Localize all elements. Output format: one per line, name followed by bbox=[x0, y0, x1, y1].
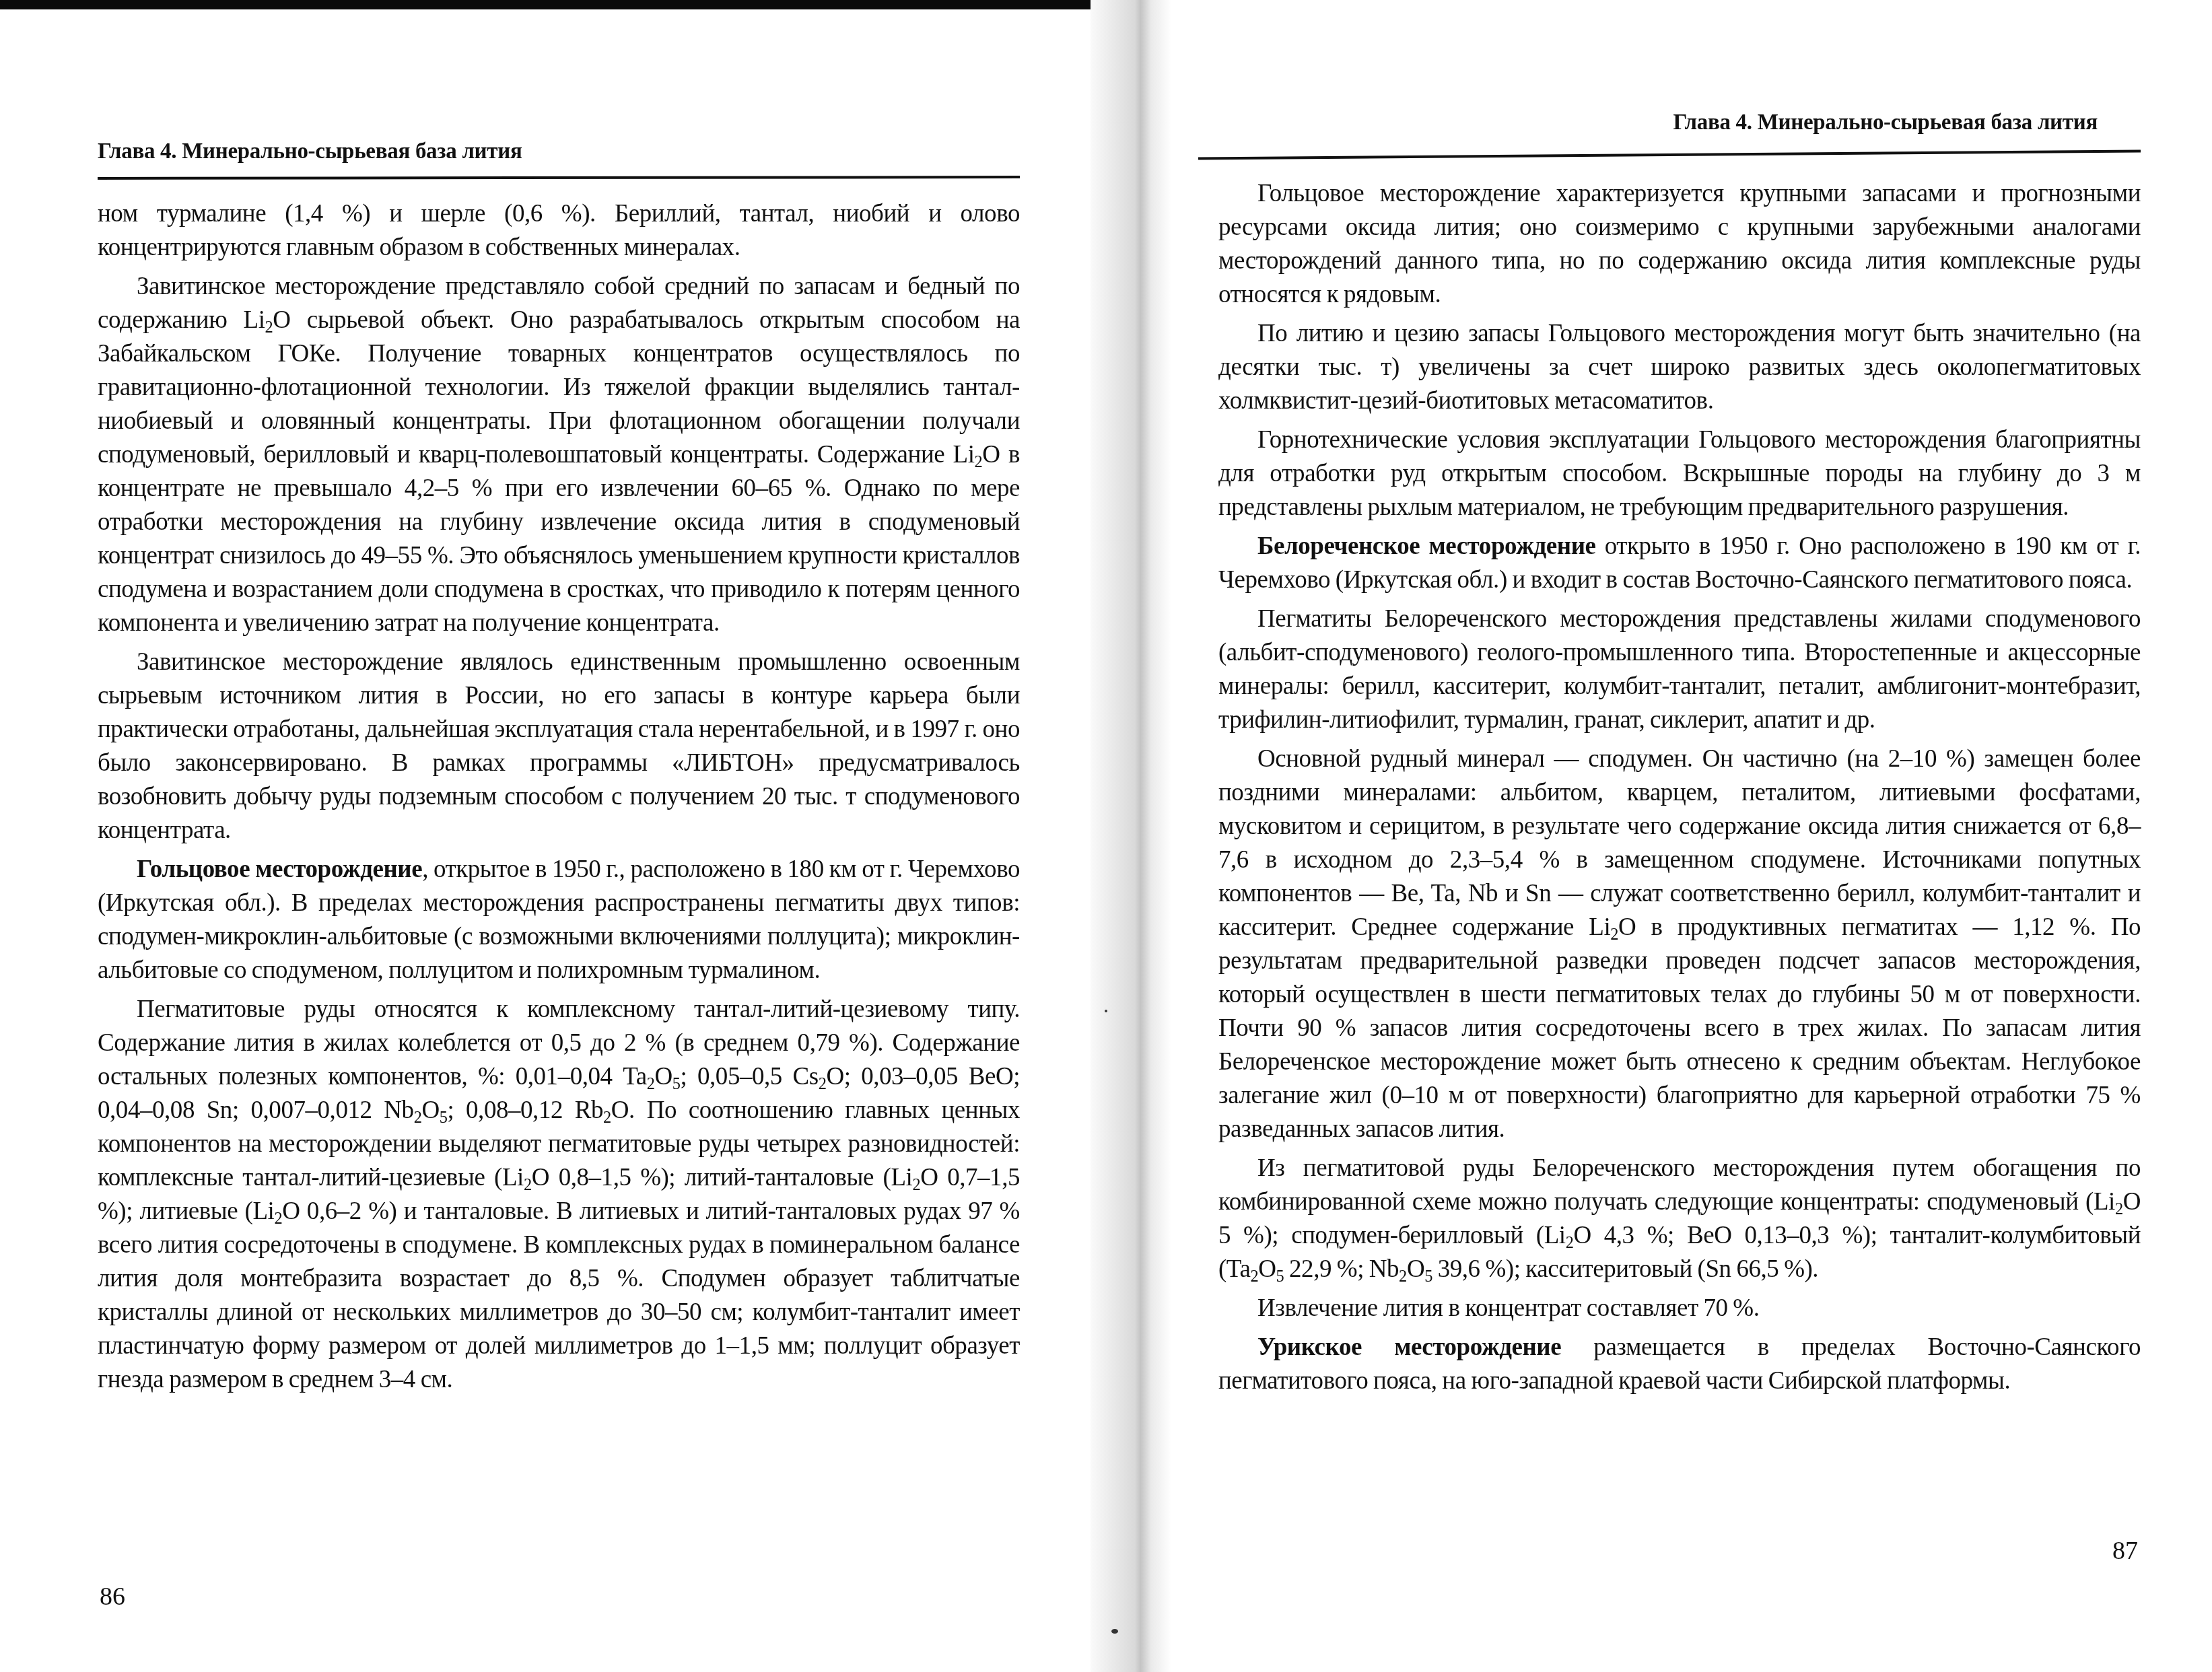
paragraph: По литию и цезию запасы Гольцового место… bbox=[1218, 317, 2141, 418]
paragraph: ном турмалине (1,4 %) и шерле (0,6 %). Б… bbox=[98, 197, 1020, 265]
book-gutter bbox=[1091, 0, 1171, 1672]
deposit-name: Урикское месторождение bbox=[1257, 1333, 1561, 1361]
paragraph: Белореченское месторождение открыто в 19… bbox=[1218, 530, 2141, 597]
page-number: 87 bbox=[2112, 1536, 2138, 1566]
paragraph: Завитинское месторождение представляло с… bbox=[98, 270, 1020, 640]
paragraph: Пегматитовые руды относятся к комплексно… bbox=[98, 993, 1020, 1397]
right-page: Глава 4. Минерально-сырьевая база лития … bbox=[1171, 0, 2212, 1672]
paragraph: Урикское месторождение размещается в пре… bbox=[1218, 1331, 2141, 1398]
scan-speck bbox=[1111, 1629, 1118, 1634]
paragraph: Из пегматитовой руды Белореченского мест… bbox=[1218, 1152, 2141, 1286]
page-body: Гольцовое месторождение характеризуется … bbox=[1218, 177, 2141, 1403]
deposit-name: Гольцовое месторождение bbox=[137, 856, 422, 883]
left-page: Глава 4. Минерально-сырьевая база лития … bbox=[0, 0, 1091, 1672]
page-body: ном турмалине (1,4 %) и шерле (0,6 %). Б… bbox=[98, 197, 1020, 1402]
paragraph: Завитинское месторождение являлось единс… bbox=[98, 646, 1020, 847]
paragraph: Гольцовое месторождение характеризуется … bbox=[1218, 177, 2141, 312]
paragraph: Гольцовое месторождение, открытое в 1950… bbox=[98, 853, 1020, 987]
paragraph: Пегматиты Белореченского месторождения п… bbox=[1218, 602, 2141, 737]
running-head: Глава 4. Минерально-сырьевая база лития bbox=[1673, 109, 2098, 136]
paragraph: Основной рудный минерал — сподумен. Он ч… bbox=[1218, 742, 2141, 1146]
deposit-name: Белореченское месторождение bbox=[1257, 532, 1595, 560]
paragraph: Извлечение лития в концентрат составляет… bbox=[1218, 1292, 2141, 1325]
paragraph: Горнотехнические условия эксплуатации Го… bbox=[1218, 423, 2141, 524]
running-head: Глава 4. Минерально-сырьевая база лития bbox=[98, 138, 522, 165]
scan-speck bbox=[1105, 1010, 1107, 1012]
header-rule bbox=[1198, 150, 2141, 160]
header-rule bbox=[98, 176, 1020, 180]
page-number: 86 bbox=[100, 1582, 125, 1611]
